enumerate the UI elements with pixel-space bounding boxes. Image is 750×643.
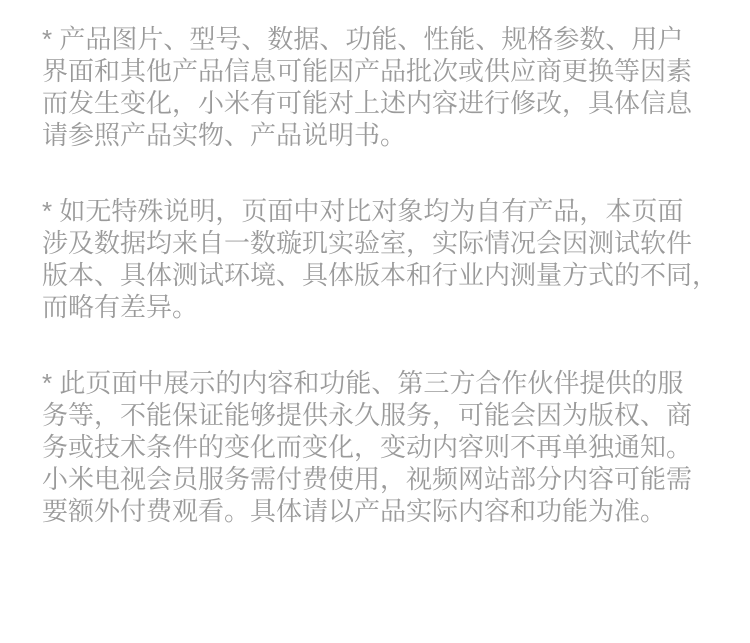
disclaimer-line: * 此页面中展示的内容和功能、第三方合作伙伴提供的服 bbox=[42, 367, 720, 399]
disclaimer-paragraph-product-info: * 产品图片、型号、数据、功能、性能、规格参数、用户 界面和其他产品信息可能因产… bbox=[42, 23, 720, 151]
disclaimer-line: 要额外付费观看。具体请以产品实际内容和功能为准。 bbox=[42, 495, 720, 527]
disclaimer-line: 而发生变化，小米有可能对上述内容进行修改，具体信息 bbox=[42, 87, 720, 119]
disclaimer-paragraph-test-data: * 如无特殊说明，页面中对比对象均为自有产品，本页面 涉及数据均来自一数璇玑实验… bbox=[42, 195, 720, 323]
disclaimer-paragraph-services: * 此页面中展示的内容和功能、第三方合作伙伴提供的服 务等，不能保证能够提供永久… bbox=[42, 367, 720, 527]
disclaimer-line: * 如无特殊说明，页面中对比对象均为自有产品，本页面 bbox=[42, 195, 720, 227]
product-page-disclaimer-section: * 产品图片、型号、数据、功能、性能、规格参数、用户 界面和其他产品信息可能因产… bbox=[0, 0, 750, 643]
disclaimer-line: 而略有差异。 bbox=[42, 291, 720, 323]
disclaimer-line: 务或技术条件的变化而变化，变动内容则不再单独通知。 bbox=[42, 431, 720, 463]
disclaimer-line: 小米电视会员服务需付费使用，视频网站部分内容可能需 bbox=[42, 463, 720, 495]
disclaimer-line: 界面和其他产品信息可能因产品批次或供应商更换等因素 bbox=[42, 55, 720, 87]
disclaimer-text-block: * 产品图片、型号、数据、功能、性能、规格参数、用户 界面和其他产品信息可能因产… bbox=[0, 0, 750, 527]
disclaimer-line: 版本、具体测试环境、具体版本和行业内测量方式的不同， bbox=[42, 259, 720, 291]
disclaimer-line: 务等，不能保证能够提供永久服务，可能会因为版权、商 bbox=[42, 399, 720, 431]
disclaimer-line: 请参照产品实物、产品说明书。 bbox=[42, 119, 720, 151]
disclaimer-line: * 产品图片、型号、数据、功能、性能、规格参数、用户 bbox=[42, 23, 720, 55]
disclaimer-line: 涉及数据均来自一数璇玑实验室，实际情况会因测试软件 bbox=[42, 227, 720, 259]
